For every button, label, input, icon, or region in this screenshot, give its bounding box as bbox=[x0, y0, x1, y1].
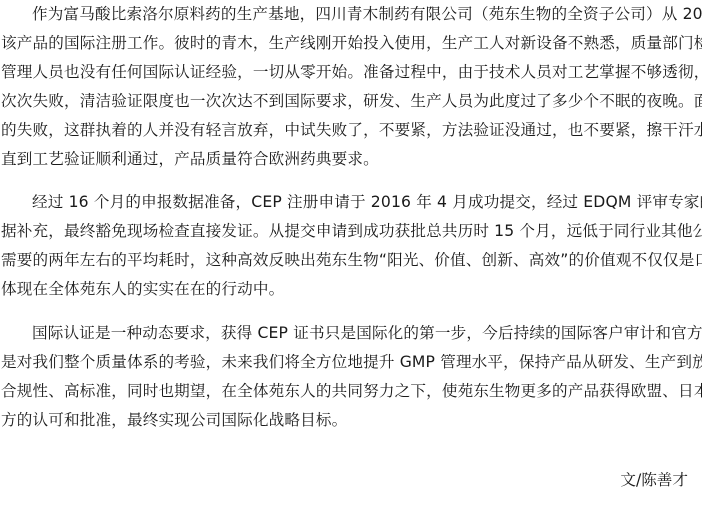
paragraph-line: 管理人员也没有任何国际认证经验，一切从零开始。准备过程中，由于技术人员对工艺掌握… bbox=[1, 58, 701, 87]
author-byline: 文/陈善才 bbox=[620, 466, 688, 495]
paragraph-line: 是对我们整个质量体系的考验，未来我们将全方位地提升 GMP 管理水平，保持产品从… bbox=[1, 348, 701, 377]
paragraph-registration-history: 作为富马酸比索洛尔原料药的生产基地，四川青木制药有限公司（苑东生物的全资子公司）… bbox=[1, 0, 701, 174]
paragraph-line: 经过 16 个月的申报数据准备，CEP 注册申请于 2016 年 4 月成功提交… bbox=[1, 188, 701, 217]
paragraph-line: 直到工艺验证顺利通过，产品质量符合欧洲药典要求。 bbox=[1, 145, 701, 174]
paragraph-line: 次次失败，清洁验证限度也一次次达不到国际要求，研发、生产人员为此度过了多少个不眠… bbox=[1, 87, 701, 116]
article-body: 作为富马酸比索洛尔原料药的生产基地，四川青木制药有限公司（苑东生物的全资子公司）… bbox=[0, 0, 702, 505]
paragraph-line: 需要的两年左右的平均耗时，这种高效反映出苑东生物“阳光、价值、创新、高效”的价值… bbox=[1, 246, 701, 275]
paragraph-cep-approval: 经过 16 个月的申报数据准备，CEP 注册申请于 2016 年 4 月成功提交… bbox=[1, 188, 701, 304]
paragraph-line: 合规性、高标准，同时也期望，在全体苑东人的共同努力之下，使苑东生物更多的产品获得… bbox=[1, 377, 701, 406]
paragraph-line: 据补充，最终豁免现场检查直接发证。从提交申请到成功获批总共历时 15 个月，远低… bbox=[1, 217, 701, 246]
paragraph-line: 体现在全体苑东人的实实在在的行动中。 bbox=[1, 275, 701, 304]
paragraph-line: 国际认证是一种动态要求，获得 CEP 证书只是国际化的第一步，今后持续的国际客户… bbox=[1, 319, 701, 348]
paragraph-future-outlook: 国际认证是一种动态要求，获得 CEP 证书只是国际化的第一步，今后持续的国际客户… bbox=[1, 319, 701, 435]
paragraph-line: 方的认可和批准，最终实现公司国际化战略目标。 bbox=[1, 406, 701, 435]
paragraph-line: 该产品的国际注册工作。彼时的青木，生产线刚开始投入使用，生产工人对新设备不熟悉，… bbox=[1, 29, 701, 58]
paragraph-line: 作为富马酸比索洛尔原料药的生产基地，四川青木制药有限公司（苑东生物的全资子公司）… bbox=[1, 0, 701, 29]
paragraph-line: 的失败，这群执着的人并没有轻言放弃，中试失败了，不要紧，方法验证没通过，也不要紧… bbox=[1, 116, 701, 145]
